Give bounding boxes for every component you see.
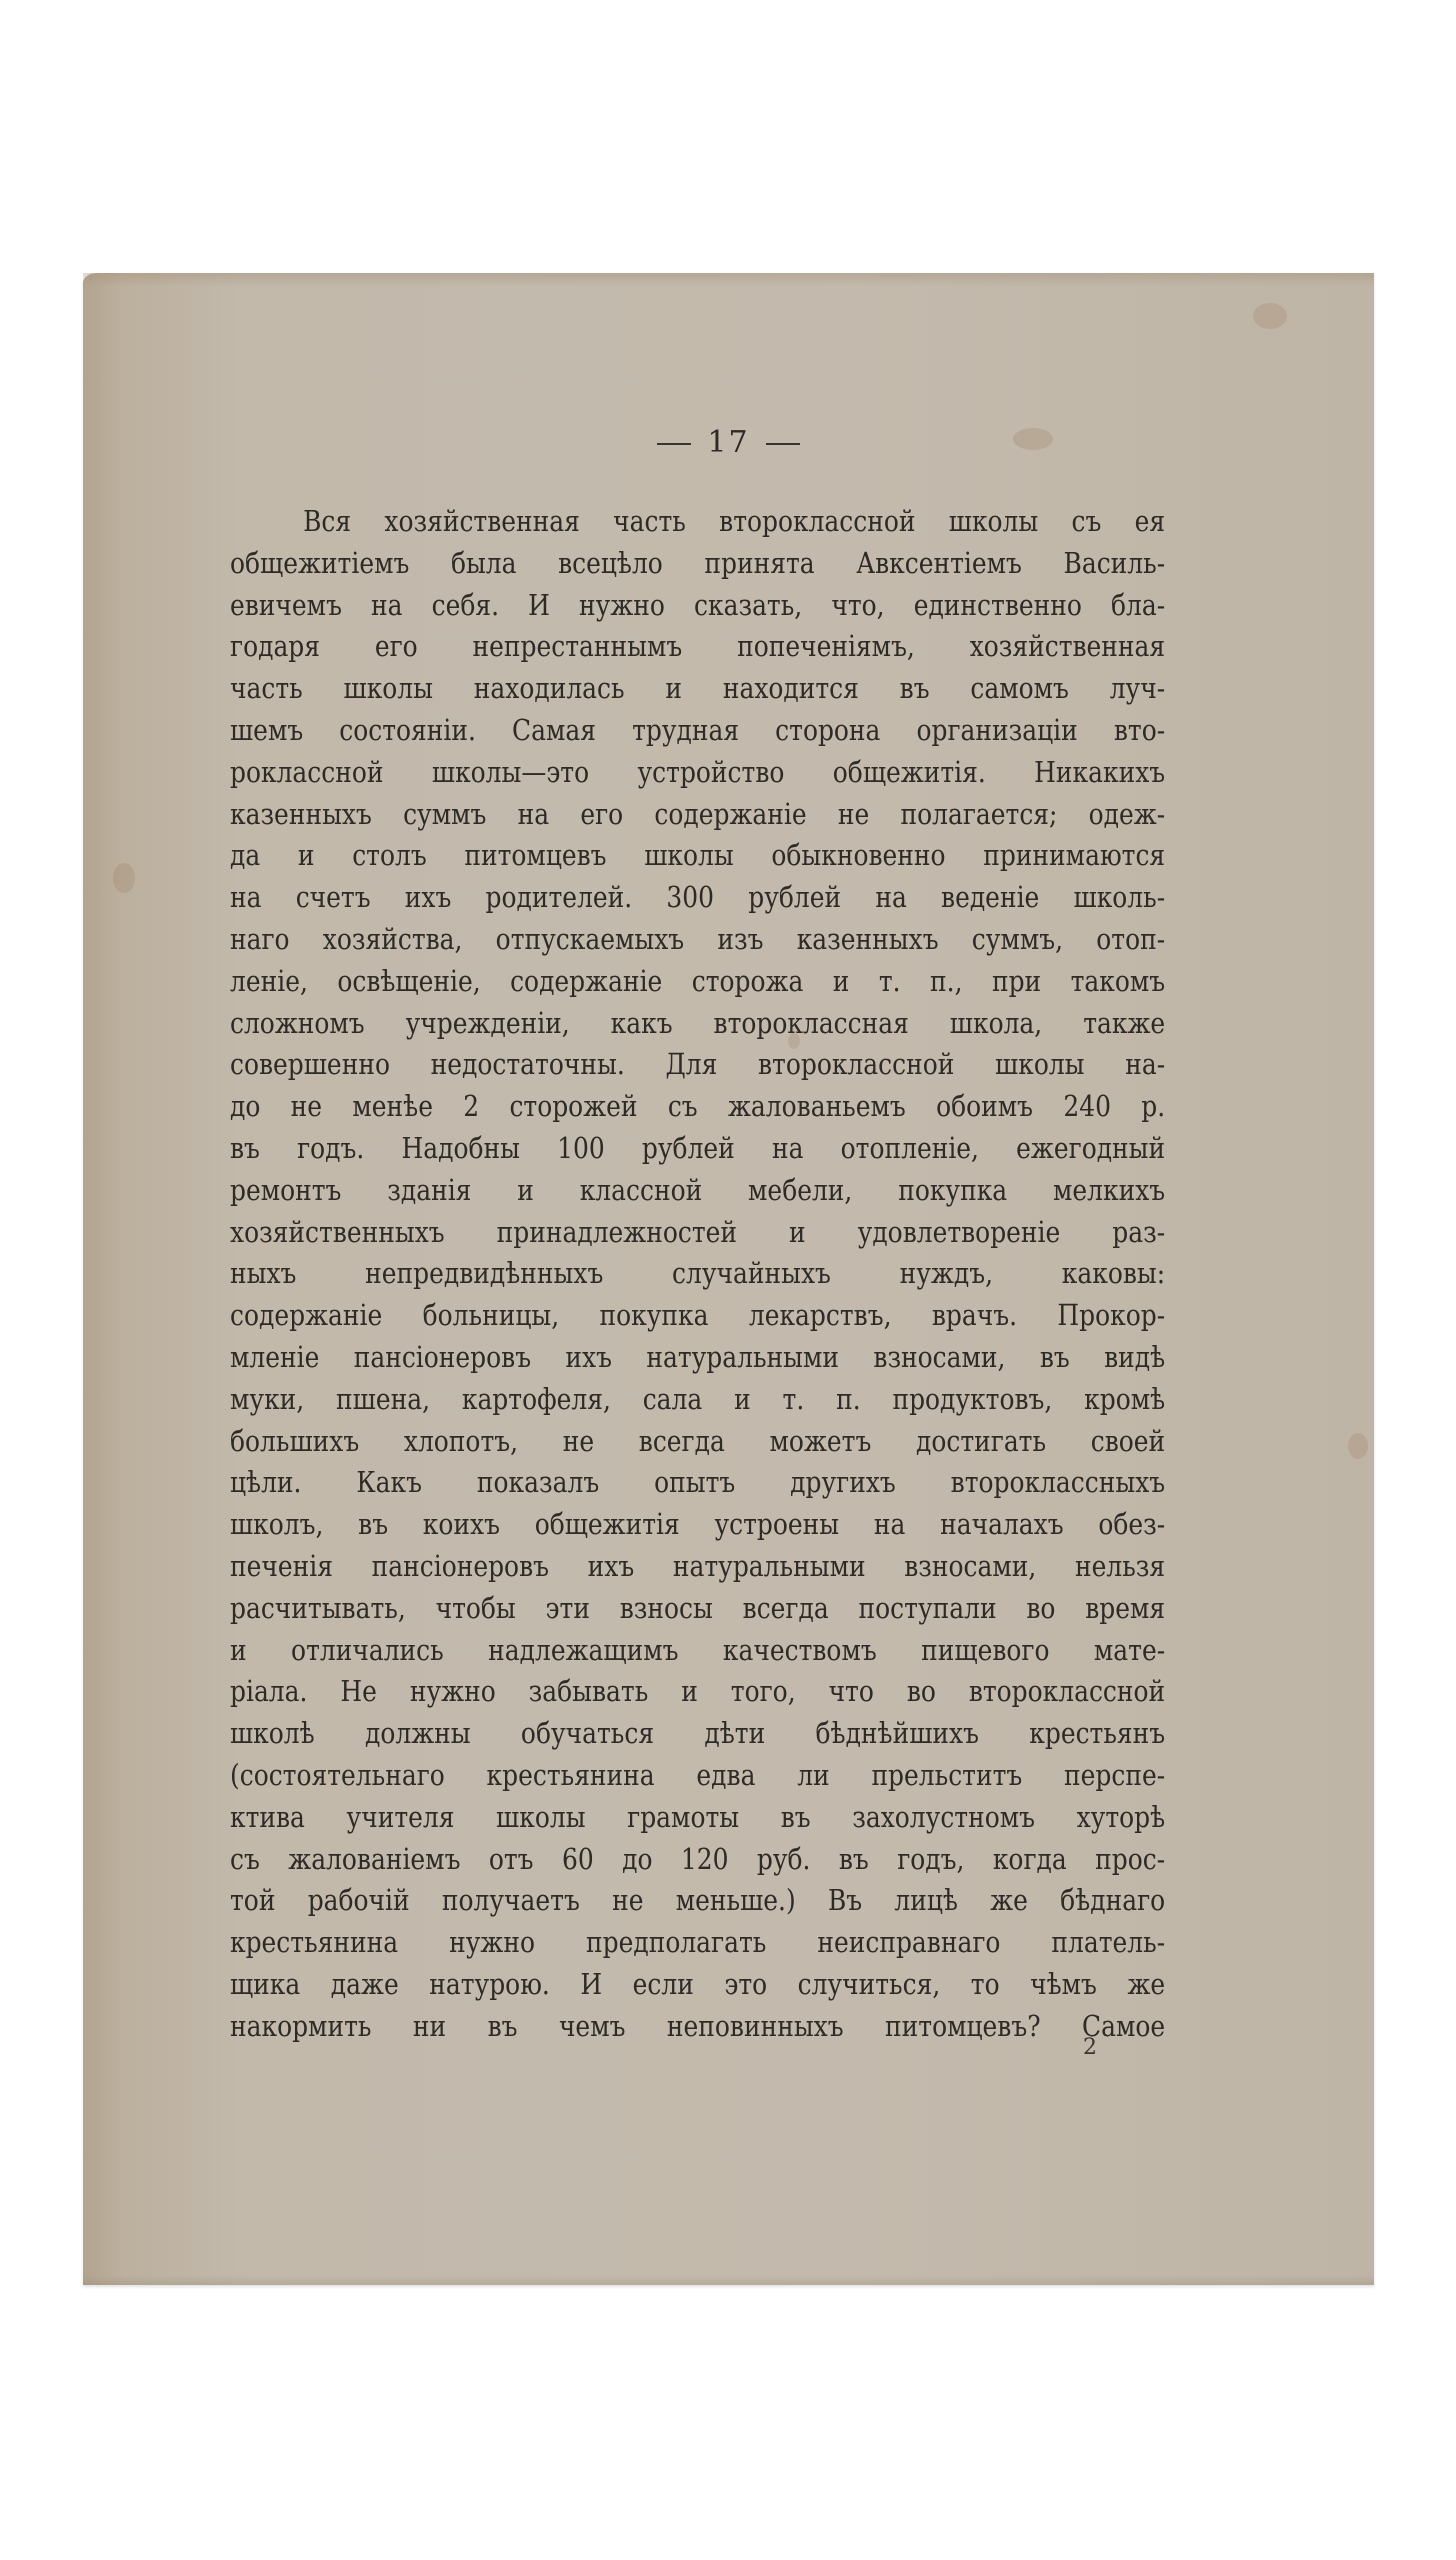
text-line: ремонтъ зданія и классной мебели, покупк… [230, 1170, 1165, 1212]
text-line: и отличались надлежащимъ качествомъ пище… [230, 1630, 1165, 1672]
text-line: муки, пшена, картофеля, сала и т. п. про… [230, 1379, 1165, 1421]
text-line: да и столъ питомцевъ школы обыкновенно п… [230, 835, 1165, 877]
text-line: большихъ хлопотъ, не всегда можетъ дости… [230, 1421, 1165, 1463]
text-line: цѣли. Какъ показалъ опытъ другихъ второк… [230, 1462, 1165, 1504]
text-line: ріала. Не нужно забывать и того, что во … [230, 1671, 1165, 1713]
text-line: той рабочій получаетъ не меньше.) Въ лиц… [230, 1880, 1165, 1922]
text-line: школъ, въ коихъ общежитія устроены на на… [230, 1504, 1165, 1546]
header-dash-left [657, 443, 691, 445]
text-line: ктива учителя школы грамоты въ захолустн… [230, 1797, 1165, 1839]
text-line: съ жалованіемъ отъ 60 до 120 руб. въ год… [230, 1839, 1165, 1881]
paper-stain [1253, 303, 1287, 329]
paper-stain [113, 863, 135, 893]
text-line: Вся хозяйственная часть второклассной шк… [230, 501, 1165, 543]
page-number: 17 [707, 425, 749, 460]
text-line: наго хозяйства, отпускаемыхъ изъ казенны… [230, 919, 1165, 961]
signature-mark: 2 [1083, 2035, 1097, 2060]
text-line: содержаніе больницы, покупка лекарствъ, … [230, 1295, 1165, 1337]
text-line: казенныхъ суммъ на его содержаніе не пол… [230, 794, 1165, 836]
paper-stain [1348, 1433, 1368, 1459]
text-line: на счетъ ихъ родителей. 300 рублей на ве… [230, 877, 1165, 919]
book-page: 17 Вся хозяйственная часть второклассной… [83, 273, 1374, 2285]
header-dash-right [766, 443, 800, 445]
text-line: ныхъ непредвидѣнныхъ случайныхъ нуждъ, к… [230, 1253, 1165, 1295]
text-line: роклассной школы—это устройство общежиті… [230, 752, 1165, 794]
text-line: расчитывать, чтобы эти взносы всегда пос… [230, 1588, 1165, 1630]
text-line: шемъ состояніи. Самая трудная сторона ор… [230, 710, 1165, 752]
text-line: сложномъ учрежденіи, какъ второклассная … [230, 1003, 1165, 1045]
text-line: школѣ должны обучаться дѣти бѣднѣйшихъ к… [230, 1713, 1165, 1755]
text-line: общежитіемъ была всецѣло принята Авксент… [230, 543, 1165, 585]
text-line: евичемъ на себя. И нужно сказать, что, е… [230, 585, 1165, 627]
text-line: крестьянина нужно предполагать неисправн… [230, 1922, 1165, 1964]
text-line: печенія пансіонеровъ ихъ натуральными вз… [230, 1546, 1165, 1588]
page-header: 17 [83, 425, 1374, 460]
text-line: щика даже натурою. И если это случиться,… [230, 1964, 1165, 2006]
text-line: хозяйственныхъ принадлежностей и удовлет… [230, 1212, 1165, 1254]
body-paragraph: Вся хозяйственная часть второклассной шк… [230, 501, 1165, 2047]
text-line: въ годъ. Надобны 100 рублей на отопленіе… [230, 1128, 1165, 1170]
text-line: годаря его непрестаннымъ попеченіямъ, хо… [230, 626, 1165, 668]
text-line: совершенно недостаточны. Для второклассн… [230, 1044, 1165, 1086]
text-line: (состоятельнаго крестьянина едва ли прел… [230, 1755, 1165, 1797]
text-line: до не менѣе 2 сторожей съ жалованьемъ об… [230, 1086, 1165, 1128]
text-line: леніе, освѣщеніе, содержаніе сторожа и т… [230, 961, 1165, 1003]
text-line: накормить ни въ чемъ неповинныхъ питомце… [230, 2006, 1165, 2048]
text-line: мленіе пансіонеровъ ихъ натуральными взн… [230, 1337, 1165, 1379]
text-line: часть школы находилась и находится въ са… [230, 668, 1165, 710]
